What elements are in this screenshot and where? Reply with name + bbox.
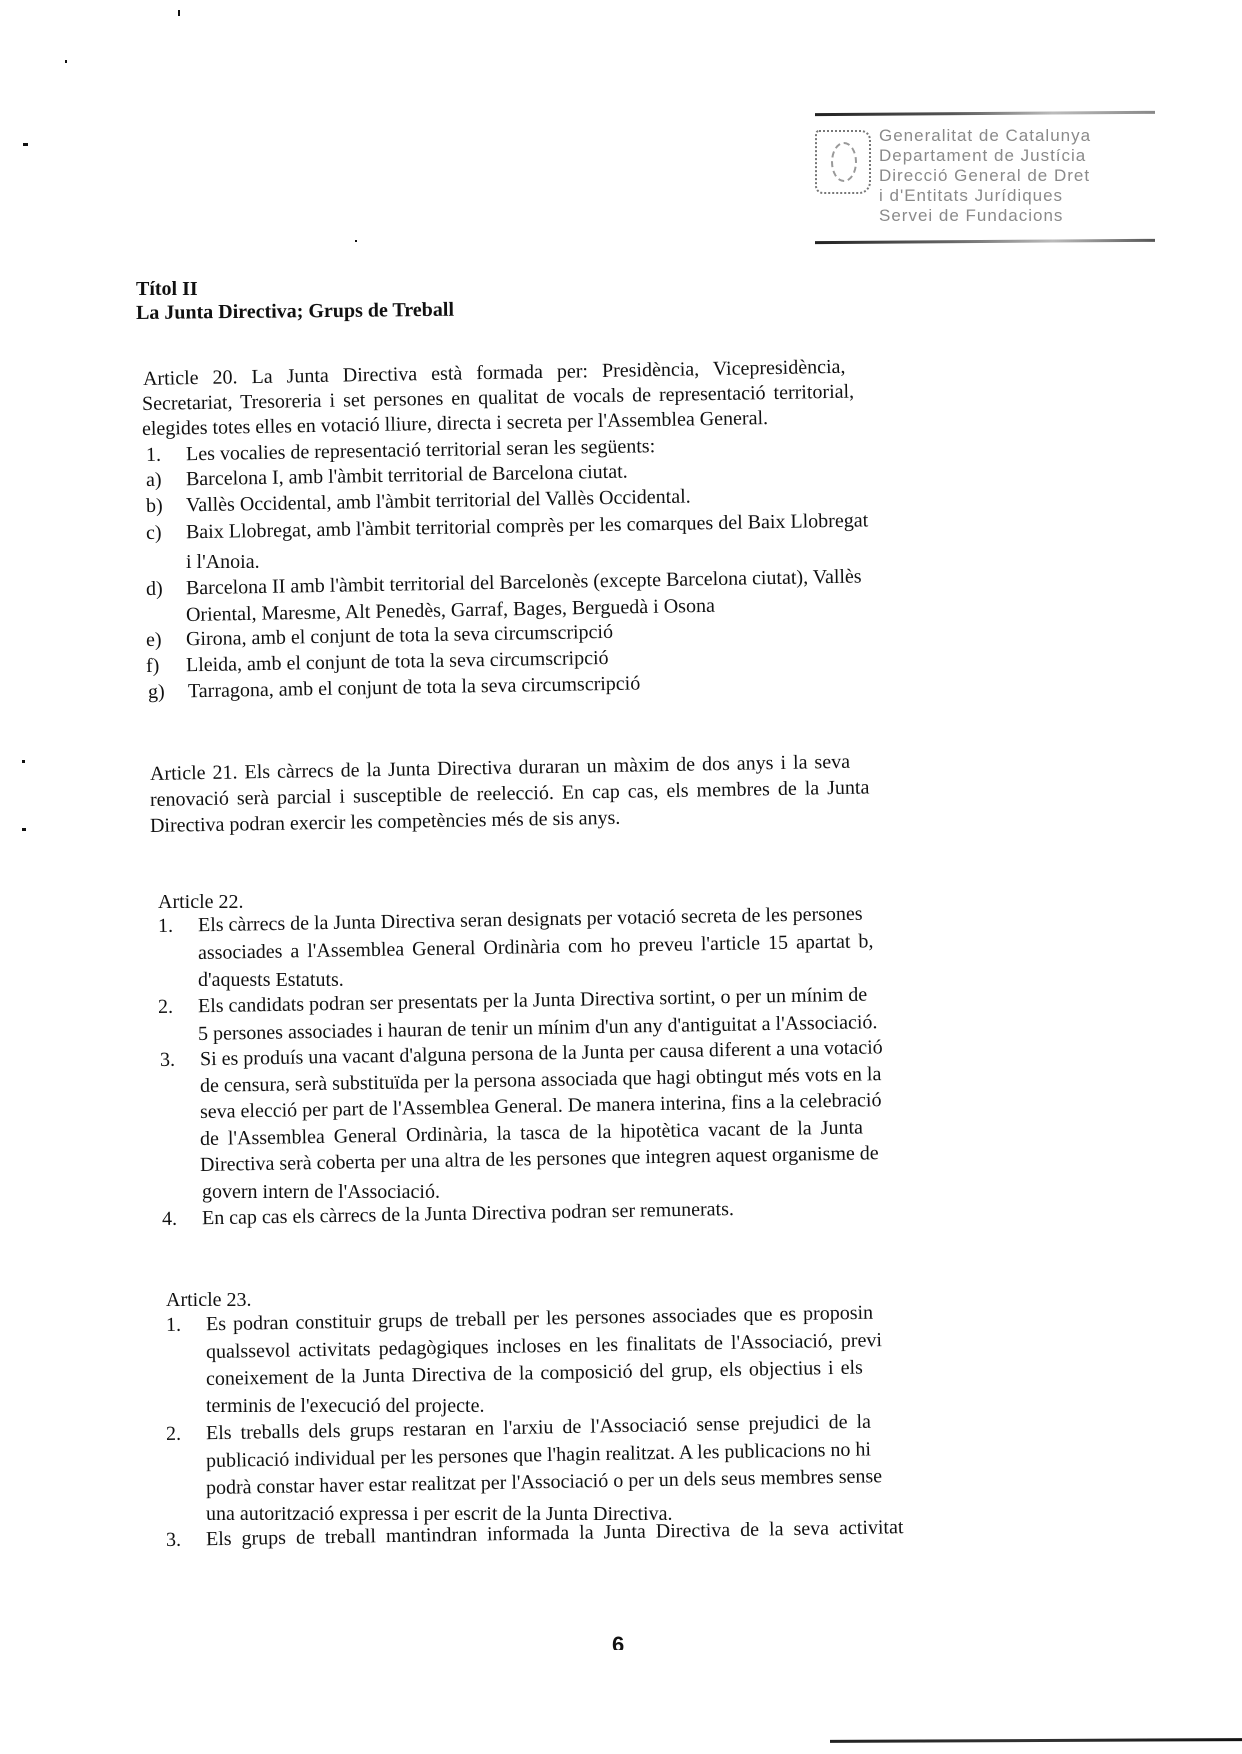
- stamp-line: Generalitat de Catalunya: [879, 126, 1091, 146]
- item-label: 2.: [166, 1421, 206, 1446]
- article-23-heading: Article 23.: [166, 1288, 252, 1312]
- item-cont-line: govern intern de l'Associació.: [202, 1180, 440, 1204]
- scan-speck: [22, 828, 26, 831]
- item-label: 4.: [162, 1206, 202, 1231]
- item-label: 2.: [158, 994, 198, 1019]
- page-number: 6: [612, 1632, 624, 1650]
- scan-speck: [178, 10, 180, 16]
- stamp-text: Generalitat de Catalunya Departament de …: [879, 126, 1091, 226]
- item-label: 3.: [166, 1527, 206, 1552]
- stamp-line: Direcció General de Dret: [879, 166, 1091, 186]
- item-label: g): [148, 679, 188, 704]
- item-cont-line: d'aquests Estatuts.: [198, 968, 344, 992]
- item-label: e): [146, 627, 186, 652]
- stamp-rule-top: [815, 111, 1155, 116]
- scan-speck: [355, 240, 357, 242]
- item-label: 3.: [160, 1047, 200, 1072]
- scan-speck: [65, 60, 67, 63]
- article-22-heading: Article 22.: [158, 890, 244, 914]
- scan-speck: [22, 760, 25, 763]
- vocalia-item-c-cont: i l'Anoia.: [186, 550, 260, 574]
- stamp-line: i d'Entitats Jurídiques: [879, 186, 1091, 206]
- item-cont-line: terminis de l'execució del projecte.: [206, 1394, 485, 1418]
- scan-speck: [23, 143, 28, 146]
- item-text: Barcelona II amb l'àmbit territorial del…: [186, 566, 862, 600]
- title-text: La Junta Directiva; Grups de Treball: [136, 298, 454, 325]
- registry-stamp: Generalitat de Catalunya Departament de …: [815, 112, 1155, 247]
- stamp-rule-bottom: [815, 239, 1155, 244]
- item-label: f): [146, 653, 186, 678]
- bottom-rule: [830, 1738, 1242, 1743]
- item-label: b): [146, 493, 186, 518]
- item-text: Lleida, amb el conjunt de tota la seva c…: [186, 647, 609, 676]
- item-label: 1.: [146, 442, 186, 467]
- item-label: d): [146, 576, 186, 601]
- item-label: 1.: [166, 1312, 206, 1337]
- title-number: Títol II: [136, 277, 198, 301]
- item-label: c): [146, 520, 186, 545]
- item-text: Vallès Occidental, amb l'àmbit territori…: [186, 485, 691, 516]
- item-label: a): [146, 467, 186, 492]
- item-label: 1.: [158, 913, 198, 938]
- stamp-line: Servei de Fundacions: [879, 206, 1091, 226]
- item-text: Tarragona, amb el conjunt de tota la sev…: [188, 672, 641, 702]
- generalitat-emblem-icon: [815, 130, 871, 194]
- stamp-line: Departament de Justícia: [879, 146, 1091, 166]
- item-text: Girona, amb el conjunt de tota la seva c…: [186, 621, 613, 650]
